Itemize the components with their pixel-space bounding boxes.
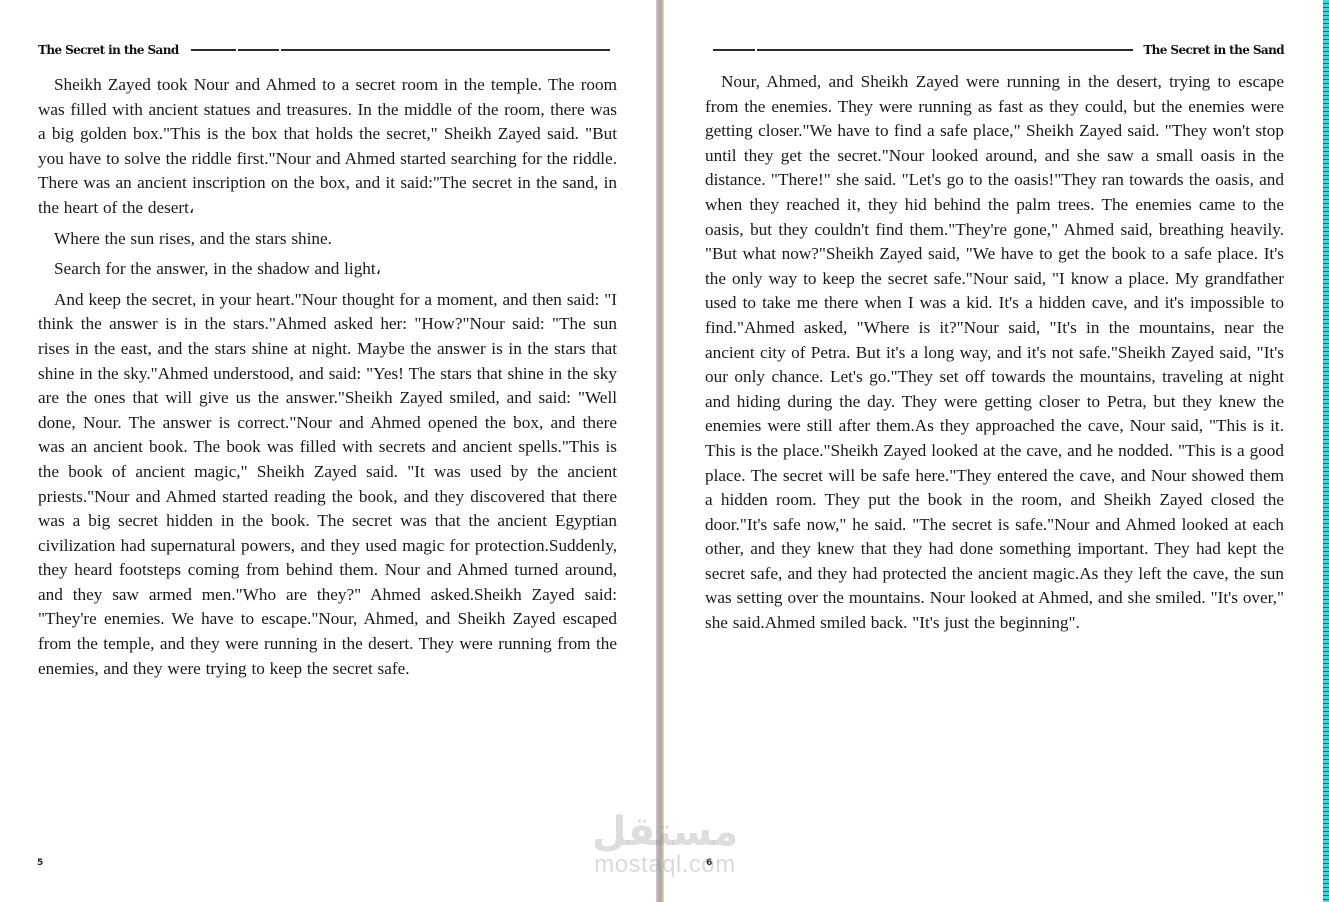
left-header-rule <box>191 49 610 51</box>
right-body-text: Nour, Ahmed, and Sheikh Zayed were runni… <box>705 70 1284 636</box>
left-verse-line-1: Where the sun rises, and the stars shine… <box>38 227 617 252</box>
page-gutter <box>656 0 664 902</box>
left-verse-line-2: Search for the answer, in the shadow and… <box>38 257 617 282</box>
book-spread: The Secret in the Sand Sheikh Zayed took… <box>0 0 1329 902</box>
right-edge-border <box>1320 0 1329 902</box>
right-paragraph-1: Nour, Ahmed, and Sheikh Zayed were runni… <box>705 70 1284 636</box>
left-header-title: The Secret in the Sand <box>38 43 179 57</box>
right-header-title: The Secret in the Sand <box>1143 43 1284 57</box>
left-running-head: The Secret in the Sand <box>38 40 610 60</box>
dashed-border-strip <box>1323 0 1329 902</box>
left-body-text: Sheikh Zayed took Nour and Ahmed to a se… <box>38 73 617 681</box>
left-paragraph-1: Sheikh Zayed took Nour and Ahmed to a se… <box>38 73 617 221</box>
left-page: The Secret in the Sand Sheikh Zayed took… <box>0 0 656 902</box>
left-paragraph-2: And keep the secret, in your heart."Nour… <box>38 288 617 682</box>
left-page-number: 5 <box>37 858 43 868</box>
right-page: The Secret in the Sand Nour, Ahmed, and … <box>664 0 1320 902</box>
right-running-head: The Secret in the Sand <box>713 40 1284 60</box>
right-header-rule <box>713 49 1133 51</box>
right-page-number: 6 <box>706 858 712 868</box>
